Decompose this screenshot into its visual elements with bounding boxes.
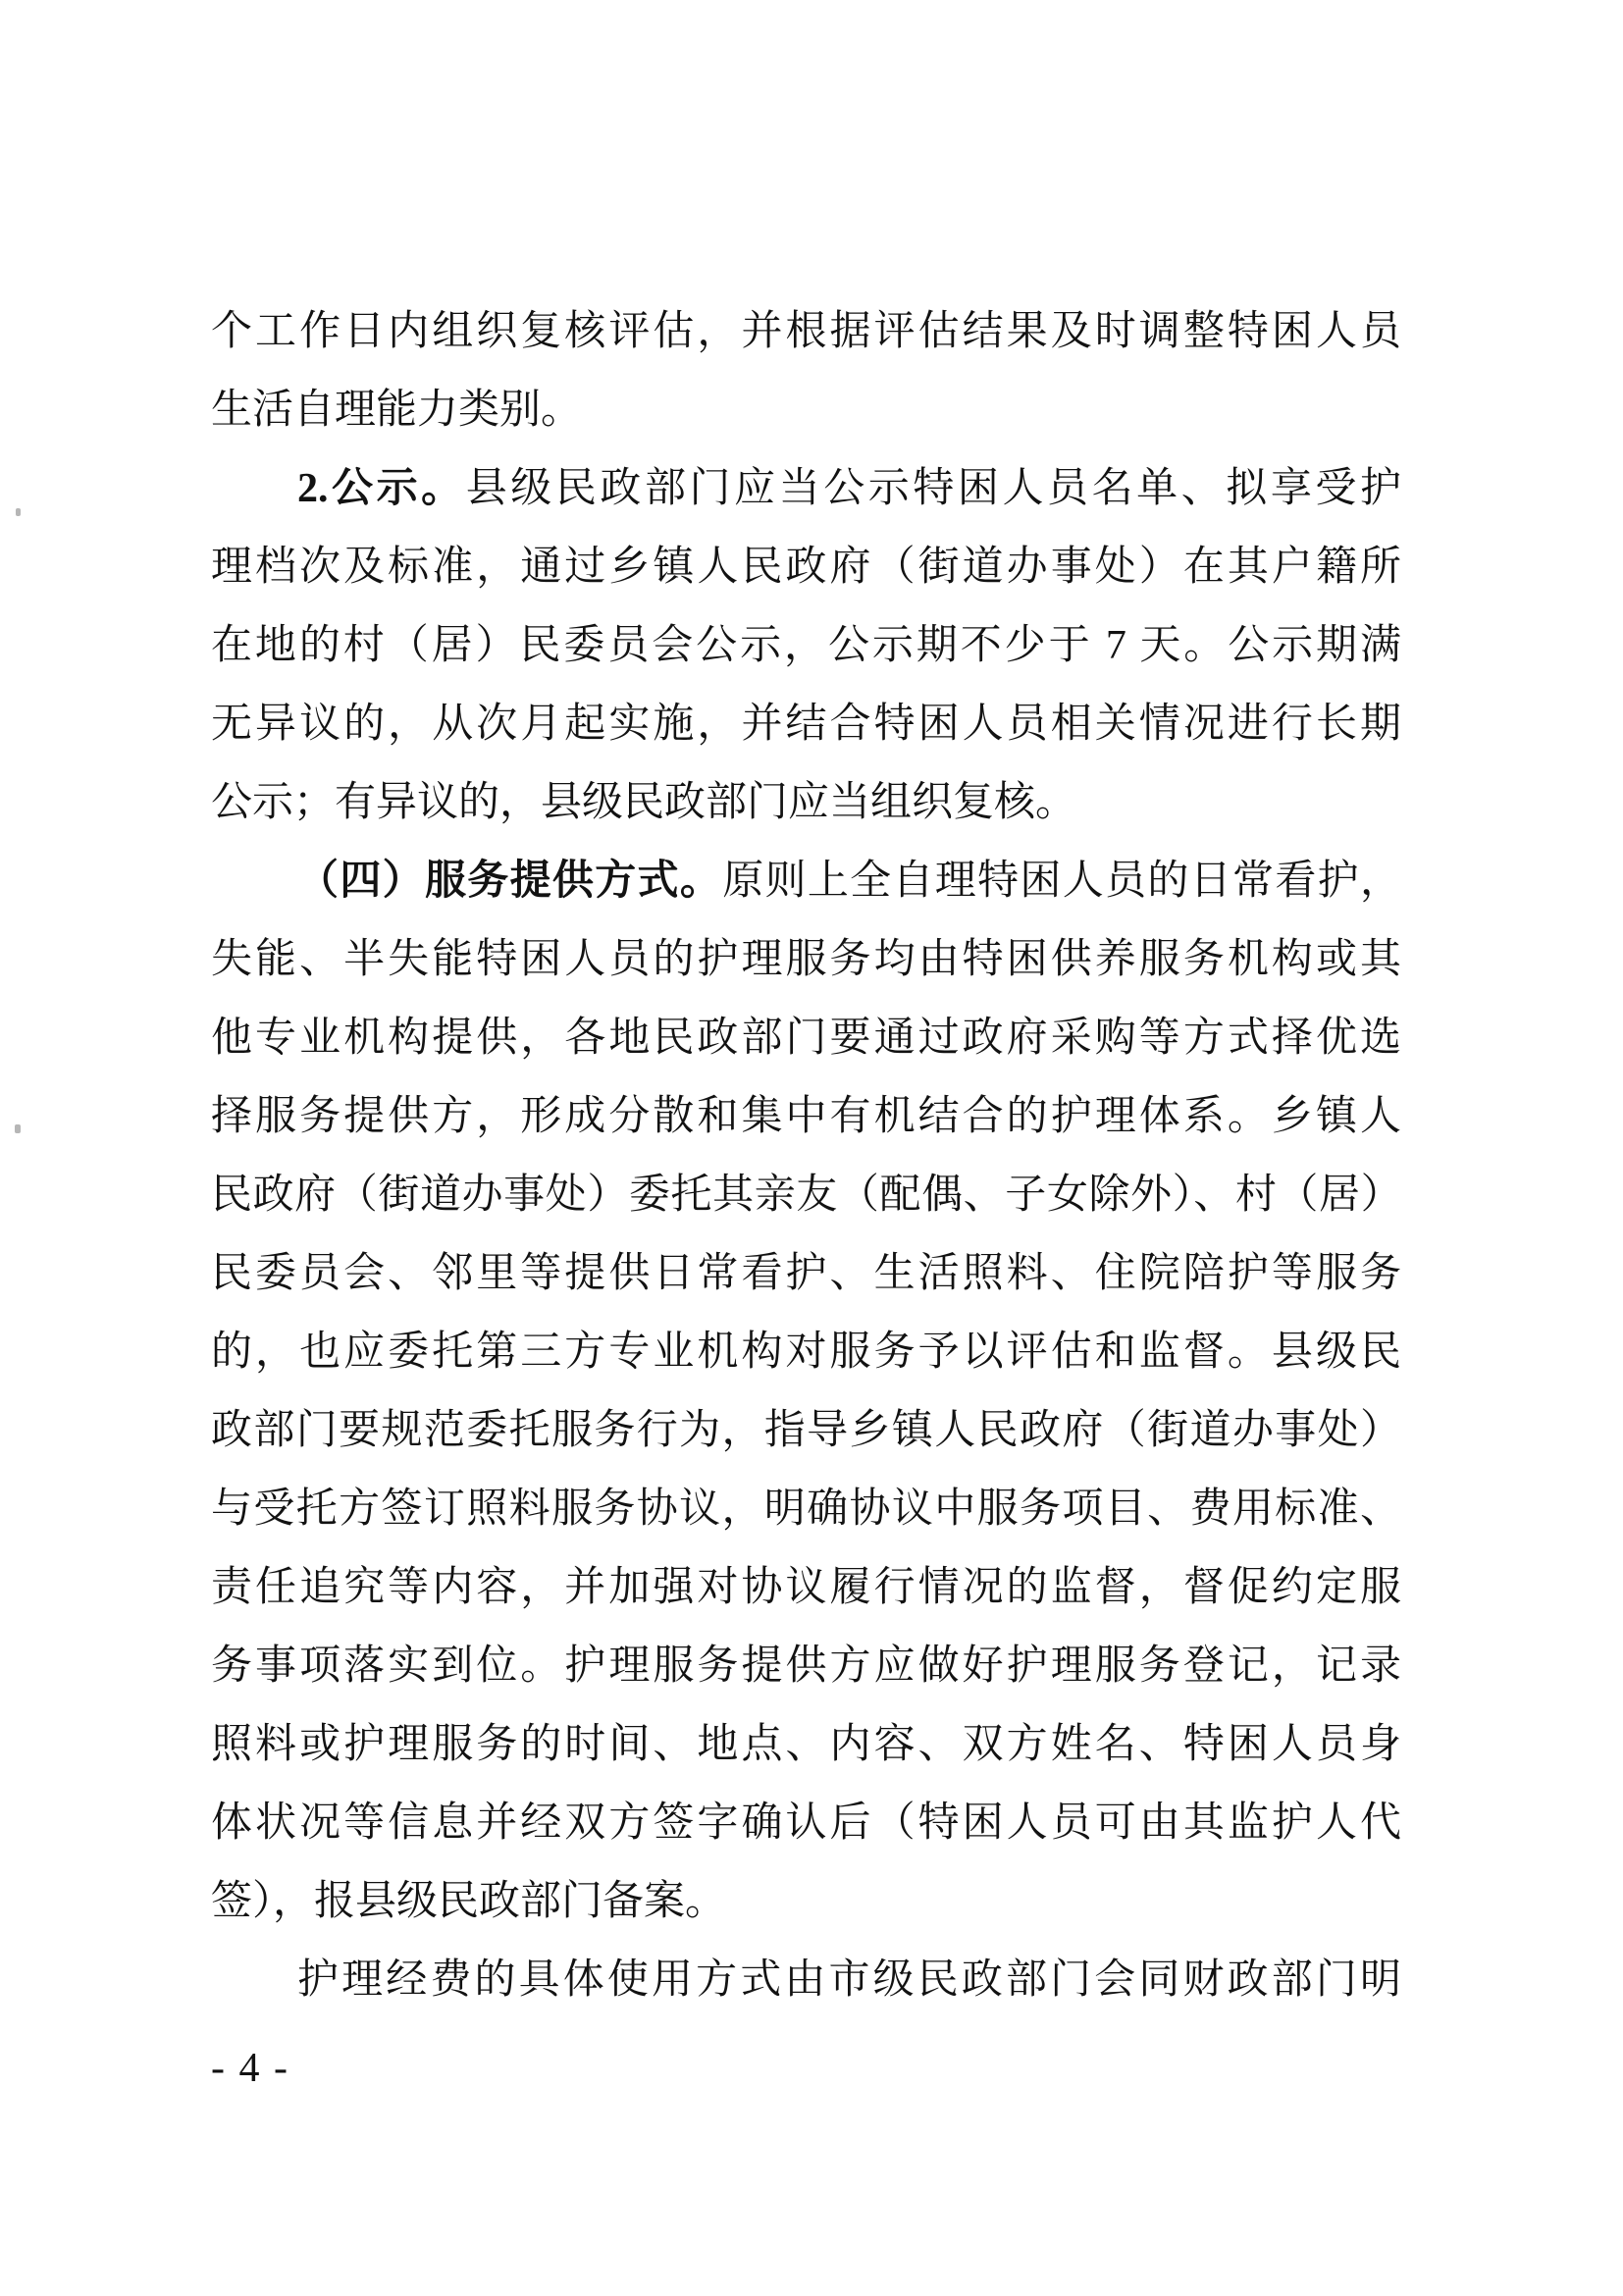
text-line: 公示；有异议的，县级民政部门应当组织复核。 bbox=[211, 763, 1401, 842]
text-line: 护理经费的具体使用方式由市级民政部门会同财政部门明 bbox=[211, 1941, 1401, 2019]
text-line: 在地的村（居）民委员会公示，公示期不少于 7 天。公示期满 bbox=[211, 606, 1401, 685]
text-segment: 责任追究等内容，并加强对协议履行情况的监督，督促约定服 bbox=[211, 1565, 1401, 1610]
text-segment: 县级民政部门应当公示特困人员名单、拟享受护 bbox=[466, 466, 1401, 511]
text-segment: 生活自理能力类别。 bbox=[211, 388, 582, 433]
text-line: 2.公示。县级民政部门应当公示特困人员名单、拟享受护 bbox=[211, 449, 1401, 528]
text-line: 责任追究等内容，并加强对协议履行情况的监督，督促约定服 bbox=[211, 1548, 1401, 1627]
text-line: 失能、半失能特困人员的护理服务均由特困供养服务机构或其 bbox=[211, 920, 1401, 999]
text-segment: 民政府（街道办事处）委托其亲友（配偶、子女除外）、村（居） bbox=[211, 1173, 1401, 1218]
text-line: 理档次及标准，通过乡镇人民政府（街道办事处）在其户籍所 bbox=[211, 528, 1401, 606]
text-segment: 民委员会、邻里等提供日常看护、生活照料、住院陪护等服务 bbox=[211, 1251, 1401, 1296]
text-segment: 他专业机构提供，各地民政部门要通过政府采购等方式择优选 bbox=[211, 1016, 1401, 1061]
bold-heading-segment: 2.公示。 bbox=[297, 466, 466, 511]
text-segment: 理档次及标准，通过乡镇人民政府（街道办事处）在其户籍所 bbox=[211, 545, 1401, 590]
text-segment: 的，也应委托第三方专业机构对服务予以评估和监督。县级民 bbox=[211, 1330, 1401, 1375]
text-segment: 无异议的，从次月起实施，并结合特困人员相关情况进行长期 bbox=[211, 702, 1401, 747]
text-segment: 签），报县级民政部门备案。 bbox=[211, 1879, 726, 1924]
text-segment: 体状况等信息并经双方签字确认后（特困人员可由其监护人代 bbox=[211, 1800, 1401, 1846]
text-segment: 护理经费的具体使用方式由市级民政部门会同财政部门明 bbox=[297, 1957, 1401, 2003]
text-segment: 照料或护理服务的时间、地点、内容、双方姓名、特困人员身 bbox=[211, 1722, 1401, 1767]
text-line: 签），报县级民政部门备案。 bbox=[211, 1862, 1401, 1941]
scan-artifact-speck bbox=[15, 1124, 21, 1133]
text-segment: 与受托方签订照料服务协议，明确协议中服务项目、费用标准、 bbox=[211, 1487, 1401, 1532]
text-line: 与受托方签订照料服务协议，明确协议中服务项目、费用标准、 bbox=[211, 1470, 1401, 1548]
text-segment: 个工作日内组织复核评估，并根据评估结果及时调整特困人员 bbox=[211, 309, 1401, 354]
text-line: 无异议的，从次月起实施，并结合特困人员相关情况进行长期 bbox=[211, 685, 1401, 763]
text-line: 择服务提供方，形成分散和集中有机结合的护理体系。乡镇人 bbox=[211, 1077, 1401, 1156]
text-line: 务事项落实到位。护理服务提供方应做好护理服务登记，记录 bbox=[211, 1627, 1401, 1705]
text-segment: 政部门要规范委托服务行为，指导乡镇人民政府（街道办事处） bbox=[211, 1408, 1401, 1453]
text-segment: 公示；有异议的，县级民政部门应当组织复核。 bbox=[211, 780, 1076, 825]
text-line: 生活自理能力类别。 bbox=[211, 371, 1401, 449]
text-segment: 失能、半失能特困人员的护理服务均由特困供养服务机构或其 bbox=[211, 937, 1401, 982]
text-line: 的，也应委托第三方专业机构对服务予以评估和监督。县级民 bbox=[211, 1313, 1401, 1391]
text-line: 个工作日内组织复核评估，并根据评估结果及时调整特困人员 bbox=[211, 292, 1401, 371]
document-page: 个工作日内组织复核评估，并根据评估结果及时调整特困人员生活自理能力类别。2.公示… bbox=[0, 0, 1623, 2296]
text-line: 政部门要规范委托服务行为，指导乡镇人民政府（街道办事处） bbox=[211, 1391, 1401, 1470]
page-number: - 4 - bbox=[211, 2043, 289, 2094]
text-line: 体状况等信息并经双方签字确认后（特困人员可由其监护人代 bbox=[211, 1784, 1401, 1862]
text-line: （四）服务提供方式。原则上全自理特困人员的日常看护， bbox=[211, 842, 1401, 920]
scan-artifact-speck bbox=[16, 508, 21, 516]
text-segment: 务事项落实到位。护理服务提供方应做好护理服务登记，记录 bbox=[211, 1644, 1401, 1689]
text-segment: 原则上全自理特困人员的日常看护， bbox=[722, 859, 1401, 904]
text-segment: 在地的村（居）民委员会公示，公示期不少于 7 天。公示期满 bbox=[211, 623, 1401, 668]
document-text: 个工作日内组织复核评估，并根据评估结果及时调整特困人员生活自理能力类别。2.公示… bbox=[211, 292, 1401, 2019]
bold-heading-segment: （四）服务提供方式。 bbox=[297, 859, 722, 904]
text-line: 民政府（街道办事处）委托其亲友（配偶、子女除外）、村（居） bbox=[211, 1156, 1401, 1234]
text-line: 民委员会、邻里等提供日常看护、生活照料、住院陪护等服务 bbox=[211, 1234, 1401, 1313]
text-line: 照料或护理服务的时间、地点、内容、双方姓名、特困人员身 bbox=[211, 1705, 1401, 1784]
text-segment: 择服务提供方，形成分散和集中有机结合的护理体系。乡镇人 bbox=[211, 1094, 1401, 1139]
text-line: 他专业机构提供，各地民政部门要通过政府采购等方式择优选 bbox=[211, 999, 1401, 1077]
